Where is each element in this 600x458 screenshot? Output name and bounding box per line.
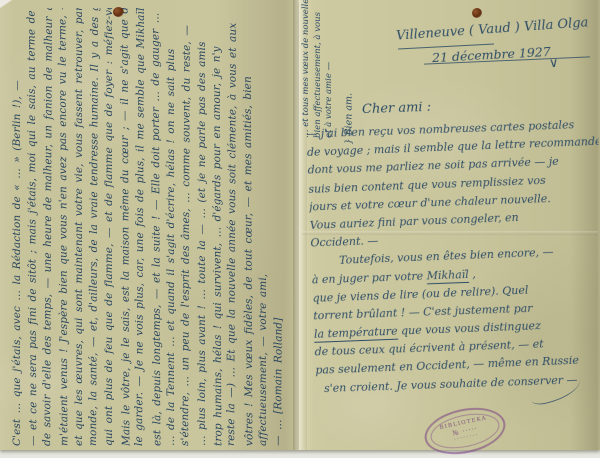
underlined-phrase-temperature: la température — [314, 325, 398, 343]
rust-spot-right — [472, 8, 482, 18]
manuscript-line: C'est … que j'étais, avec … la Rédaction… — [10, 8, 25, 446]
manuscript-line: et que les œuvres, qui sont maintenant v… — [72, 8, 87, 446]
salutation: Cher ami : — [362, 100, 432, 117]
manuscript-signature-line: — … [Romain Rolland] — [271, 8, 288, 446]
margin-note-line: bien affectueusement, à vous — [313, 26, 325, 138]
letter-body: — j'ai bien reçu vos nombreuses cartes p… — [306, 115, 600, 399]
rust-spot-left — [113, 7, 124, 17]
margin-note-line: … et tous mes vœux de nouvelle année, — [301, 26, 313, 138]
manuscript-line: qui ont plus de feu que de flamme, — et … — [102, 8, 117, 446]
manuscript-line: est là, depuis longtemps, — et la suite … — [148, 8, 165, 446]
body-text: que vous vous distinguez — [397, 319, 541, 337]
left-page-manuscript: C'est … que j'étais, avec … la Rédaction… — [10, 8, 288, 446]
manuscript-line: … de la Tennent … et quand il s'agit d'é… — [164, 8, 179, 446]
manuscript-line: reste la —) … Et que la nouvelle année v… — [225, 8, 242, 446]
letter-scan: C'est … que j'étais, avec … la Rédaction… — [0, 0, 600, 458]
manuscript-line: s'étendre, … un peu de l'esprit des âmes… — [178, 8, 195, 446]
margin-note-line: et à votre amie — — [324, 26, 336, 138]
letter-page-left: C'est … que j'étais, avec … la Rédaction… — [0, 0, 299, 450]
manuscript-line: de savoir d'elle des temps, — une heure … — [40, 8, 57, 446]
manuscript-line: … plus loin, plus avant ! … toute la — …… — [195, 8, 210, 446]
body-text: , — [469, 267, 476, 280]
manuscript-line: le garder. — Je ne vois plus, car, une f… — [132, 8, 149, 446]
manuscript-line: monde, la santé, — et, d'ailleurs, de la… — [86, 8, 103, 446]
margin-note: … et tous mes vœux de nouvelle année, bi… — [301, 26, 337, 138]
manuscript-line: vôtres ! Mes vœux fidèles, de tout cœur,… — [240, 8, 257, 446]
underlined-word-mikhail: Mikhaïl — [426, 267, 469, 283]
body-text: à en juger par votre — [312, 269, 427, 286]
manuscript-line: m'étaient venus ! J'espère bien que vous… — [56, 8, 73, 446]
heading-flourish: ∨ — [548, 56, 559, 72]
manuscript-line: affectueusement, — votre ami, — [256, 8, 271, 446]
stamp-middle-text: № ····· — [426, 419, 504, 443]
